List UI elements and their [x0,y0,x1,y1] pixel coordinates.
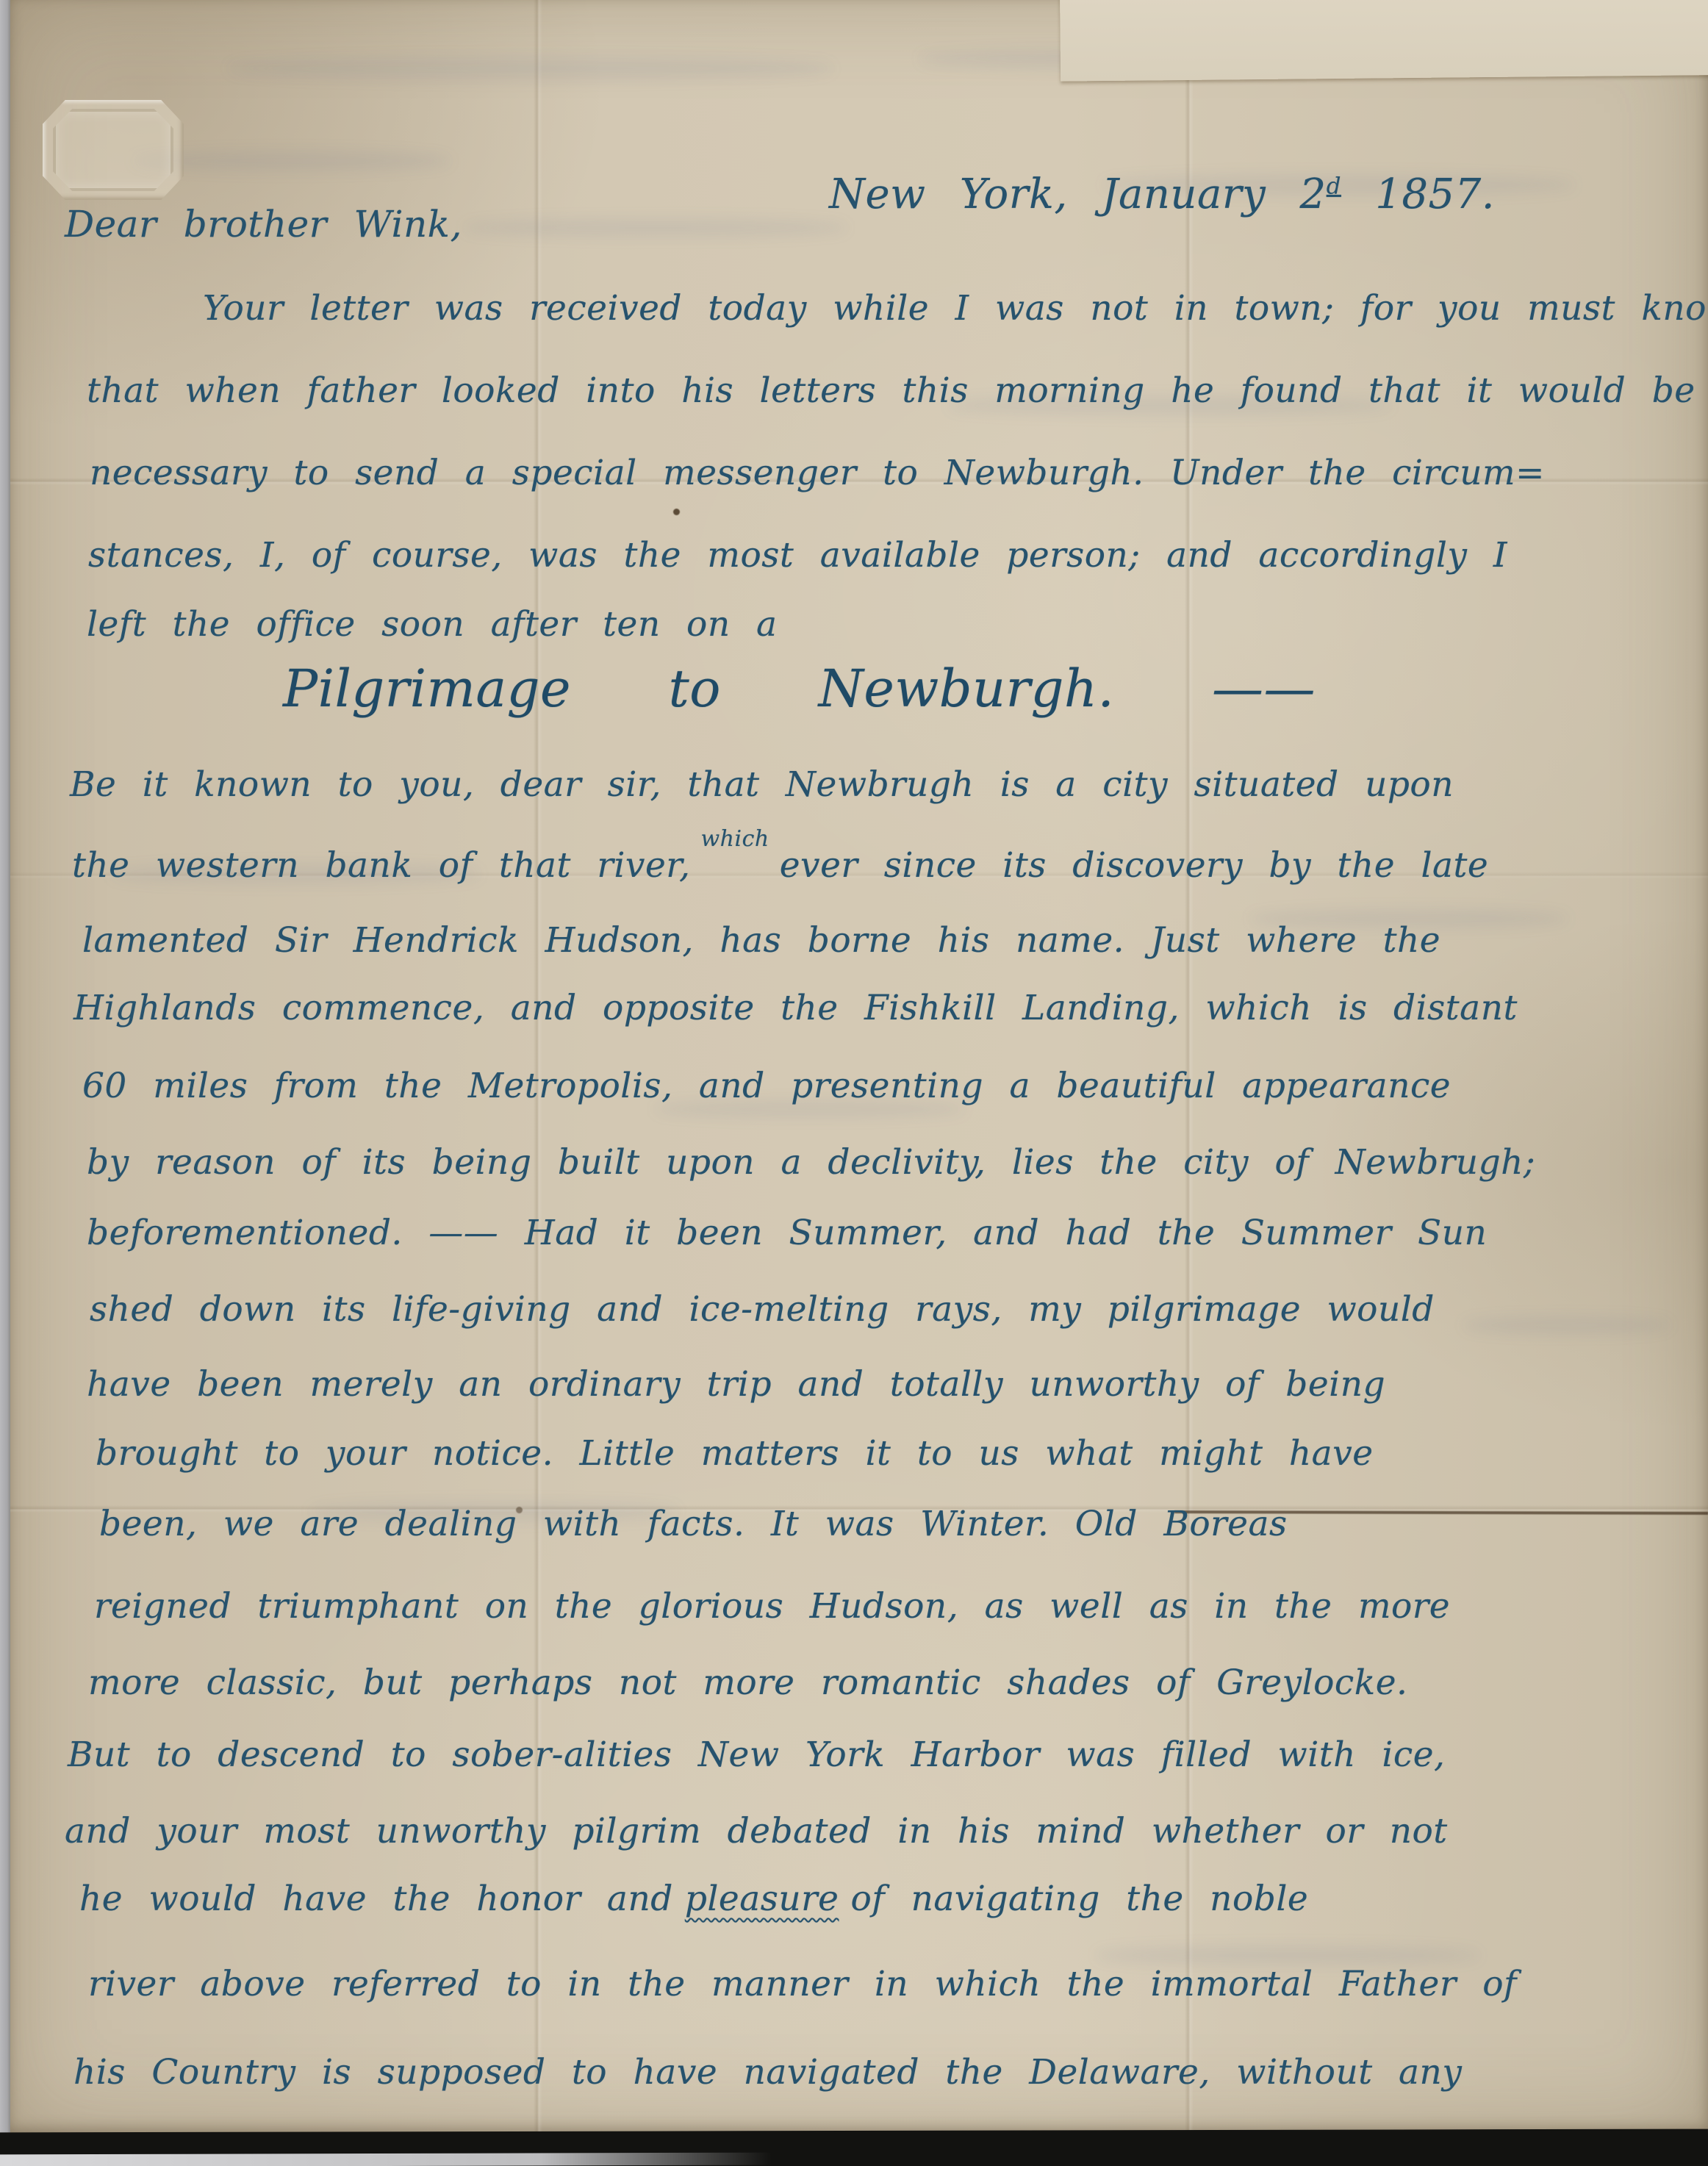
handwritten-line: 60 miles from the Metropolis, and presen… [82,1066,1451,1106]
handwritten-line: lamented Sir Hendrick Hudson, has borne … [82,920,1440,961]
scanner-bed-glare [0,2153,772,2166]
scanner-edge-left [0,0,10,2166]
date-line: New York, January 2d 1857. [829,171,1495,218]
section-heading: Pilgrimage to Newburgh. —— [283,659,1316,719]
underlying-sheet-corner [1060,0,1708,82]
inserted-word: which [701,826,769,852]
handwritten-line: more classic, but perhaps not more roman… [88,1663,1407,1703]
handwritten-line: river above referred to in the manner in… [88,1964,1517,2004]
bleed-through-smudge [229,57,832,79]
handwritten-line: reigned triumphant on the glorious Hudso… [94,1586,1450,1627]
embossed-seal-ring [53,109,173,191]
handwritten-line: the western bank of that river,whichever… [72,845,1488,886]
handwritten-line: But to descend to sober-alities New York… [68,1735,1446,1775]
bleed-through-smudge [1464,1317,1670,1333]
underlined-word: pleasure [685,1879,839,1919]
date-year: 1857. [1375,171,1495,218]
handwritten-line: shed down its life-giving and ice-meltin… [90,1289,1435,1330]
handwritten-line: have been merely an ordinary trip and to… [87,1364,1385,1405]
embossed-seal [43,100,184,200]
line-segment: the western bank of that river, [72,845,691,886]
date-pre: New York, January 2 [829,171,1327,218]
line-segment: he would have the honor and [79,1879,673,1919]
handwritten-line: Be it known to you, dear sir, that Newbr… [70,764,1454,805]
bleed-through-smudge [464,219,847,237]
handwritten-line: Highlands commence, and opposite the Fis… [73,988,1518,1028]
date-ordinal-superscript: d [1327,173,1341,199]
handwritten-line: that when father looked into his letters… [87,370,1696,411]
handwritten-line: and your most unworthy pilgrim debated i… [65,1811,1448,1851]
scanned-letter-page: New York, January 2d 1857. Dear brother … [0,0,1708,2166]
handwritten-line: left the office soon after ten on a [87,604,778,645]
handwritten-line: his Country is supposed to have navigate… [73,2052,1462,2093]
handwritten-line: necessary to send a special messenger to… [90,453,1545,493]
handwritten-line: beforementioned. —— Had it been Summer, … [87,1213,1487,1253]
handwritten-line: he would have the honor andpleasureof na… [79,1879,1308,1919]
handwritten-line: been, we are dealing with facts. It was … [99,1504,1288,1544]
bleed-through-smudge [1097,1946,1479,1965]
handwritten-line: stances, I, of course, was the most avai… [88,535,1507,575]
handwritten-line: Your letter was received today while I w… [203,288,1708,329]
handwritten-line: by reason of its being built upon a decl… [87,1142,1535,1183]
line-segment: of navigating the noble [850,1879,1308,1919]
salutation: Dear brother Wink, [65,203,462,245]
ink-speck [673,509,680,515]
handwritten-line: brought to your notice. Little matters i… [96,1433,1374,1474]
line-segment: ever since its discovery by the late [780,845,1489,886]
